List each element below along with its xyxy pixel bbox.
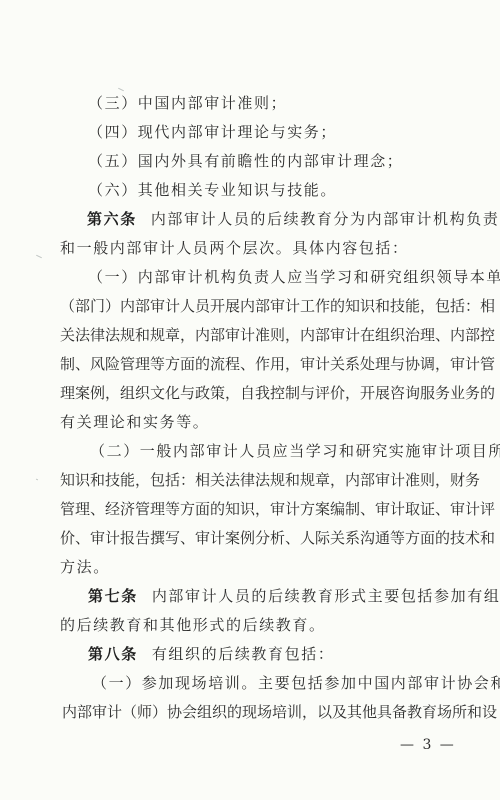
article-6-item-2-line: （二）一般内部审计人员应当学习和研究实施审计项目所需的	[90, 441, 500, 461]
article-6-item-2-line: 方法。	[60, 557, 110, 577]
article-8-text: 有组织的后续教育包括：	[152, 645, 335, 663]
article-8-first-line: 第八条有组织的后续教育包括：	[88, 644, 334, 664]
article-6-item-1-line: 有关理论和实务等。	[60, 412, 209, 432]
scan-speck	[36, 479, 38, 481]
article-6-item-1-line: 制、风险管理等方面的流程、作用，审计关系处理与协调，审计管	[60, 354, 458, 374]
article-8-item-1-line: 内部审计（师）协会组织的现场培训，以及其他具备教育场所和设	[62, 702, 460, 722]
article-6-item-1-line: 理案例，组织文化与政策，自我控制与评价，开展咨询服务业务的	[60, 383, 458, 403]
list-item-3: （三）中国内部审计准则；	[88, 93, 287, 113]
list-item-6: （六）其他相关专业知识与技能。	[88, 180, 337, 200]
article-7-text: 内部审计人员的后续教育形式主要包括参加有组织	[152, 587, 500, 605]
article-6-text: 内部审计人员的后续教育分为内部审计机构负责人	[151, 210, 500, 228]
list-item-4: （四）现代内部审计理论与实务；	[88, 122, 337, 142]
article-6-first-line: 第六条内部审计人员的后续教育分为内部审计机构负责人	[87, 209, 500, 229]
article-6-item-2-line: 价、审计报告撰写、审计案例分析、人际关系沟通等方面的技术和	[60, 528, 458, 548]
article-6-item-1-line: （部门）内部审计人员开展内部审计工作的知识和技能，包括：相	[60, 296, 458, 316]
article-8-heading: 第八条	[88, 645, 138, 663]
article-7-heading: 第七条	[88, 587, 138, 605]
article-6-item-1-line: （一）内部审计机构负责人应当学习和研究组织领导本单位	[88, 267, 500, 287]
article-6-heading: 第六条	[87, 210, 137, 228]
scan-speck	[118, 88, 124, 91]
list-item-5: （五）国内外具有前瞻性的内部审计理念；	[88, 151, 403, 171]
document-page: （三）中国内部审计准则； （四）现代内部审计理论与实务； （五）国内外具有前瞻性…	[0, 0, 500, 800]
scan-speck	[36, 255, 42, 258]
article-6-item-2-line: 知识和技能，包括：相关法律法规和规章，内部审计准则，财务	[60, 470, 458, 490]
article-7-first-line: 第七条内部审计人员的后续教育形式主要包括参加有组织	[88, 586, 500, 606]
article-6-item-1-line: 关法律法规和规章，内部审计准则，内部审计在组织治理、内部控	[60, 325, 458, 345]
article-7-line: 的后续教育和其他形式的后续教育。	[60, 615, 326, 635]
article-8-item-1-line: （一）参加现场培训。主要包括参加中国内部审计协会和省级	[92, 673, 500, 693]
article-6-item-2-line: 管理、经济管理等方面的知识，审计方案编制、审计取证、审计评	[60, 499, 458, 519]
article-6-line: 和一般内部审计人员两个层次。具体内容包括：	[60, 238, 409, 258]
page-number: — 3 —	[400, 736, 456, 754]
